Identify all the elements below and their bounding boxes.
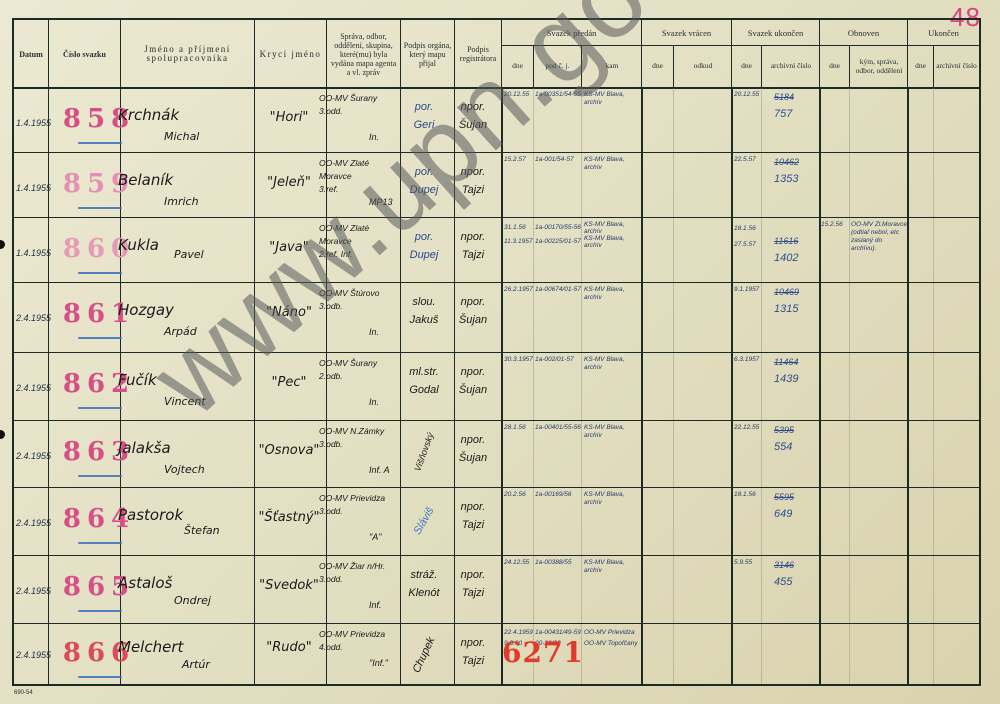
handed-to: OO-MV Prievidza OO-MV Topoľčany	[584, 627, 640, 649]
archive-number: 757	[774, 108, 792, 120]
row-date: 2.4.1955	[16, 518, 60, 528]
organ-signature: Sláviš	[403, 494, 445, 548]
archive-number-old: 10469	[774, 287, 799, 297]
handed-to: KS-MV Blava, archív KS-MV Blava, archív	[584, 221, 640, 249]
header-podpis-organa: Podpis orgána, který mapu přijal	[401, 20, 455, 88]
code-name: "Hori"	[254, 110, 324, 125]
handed-to: KS-MV Blava, archív	[584, 559, 640, 575]
unit-text: OO-MV Žiar n/Hr. 3.odd.	[319, 560, 394, 586]
unit-tag: Inf.	[369, 600, 382, 610]
handed-date: 20.2.56	[504, 491, 526, 499]
header-sub: kým, správa, odbor, oddělení	[850, 45, 908, 88]
first-name: Imrich	[164, 195, 199, 208]
archive-number: 649	[774, 508, 792, 520]
unit-tag: "Inf."	[369, 658, 388, 668]
surname: Hozgay	[118, 301, 174, 319]
table-row: 2.4.1955 863 Jalakša Vojtech "Osnova" OO…	[14, 421, 979, 487]
binder-hole	[0, 240, 5, 249]
organ-signature: por. Dupej	[398, 228, 450, 264]
handed-to: KS-MV Blava, archív	[584, 424, 640, 440]
archive-number: 1353	[774, 173, 798, 185]
organ-signature: por. Geri	[398, 98, 450, 134]
registrar-signature: npor. Šujan	[454, 363, 492, 399]
table-row: 2.4.1955 861 Hozgay Arpád "Náno" OO-MV Š…	[14, 283, 979, 352]
handed-ref: 1a-001/54-57	[535, 156, 581, 164]
handed-to: KS-MV Blava, archív	[584, 91, 640, 107]
header-sub: kam	[582, 45, 642, 88]
organ-signature: stráž. Klenót	[398, 566, 450, 602]
handed-ref: 1a-002/01-57	[535, 356, 581, 364]
first-name: Artúr	[182, 658, 210, 671]
closed-date: 18.1.56	[734, 491, 756, 499]
registrar-signature: npor. Tajzi	[454, 228, 492, 264]
surname: Fučík	[118, 371, 157, 389]
handed-to: KS-MV Blava, archív	[584, 286, 640, 302]
handed-ref: 1a-00401/55-56	[535, 424, 581, 432]
code-name: "Šťastný"	[254, 510, 324, 525]
number-underline	[78, 542, 122, 544]
archive-number-old: 10462	[774, 157, 799, 167]
form-code: 690-54	[14, 690, 33, 696]
code-name: "Java"	[254, 240, 324, 255]
header-group-ukoncen: Svazek ukončen dne archivní číslo	[732, 20, 820, 88]
number-underline	[78, 337, 122, 339]
archive-number-old: 5184	[774, 92, 794, 102]
handed-ref: 1a-00674/01-57	[535, 286, 581, 294]
first-name: Vojtech	[164, 463, 205, 476]
first-name: Štefan	[184, 524, 220, 537]
code-name: "Osnova"	[254, 443, 324, 458]
surname: Melchert	[118, 638, 183, 656]
table-row: 2.4.1955 862 Fučík Vincent "Pec" OO-MV Š…	[14, 353, 979, 420]
header-kryci-jmeno: Krycí jméno	[255, 20, 327, 88]
organ-signature: slou. Jakuš	[398, 293, 450, 329]
header-podpis-registratora: Podpis registrátora	[455, 20, 502, 88]
number-underline	[78, 610, 122, 612]
registrar-signature: npor. Tajzi	[454, 163, 492, 199]
archive-number: 1315	[774, 303, 798, 315]
number-underline	[78, 207, 122, 209]
header-group-obnoven: Obnoven dne kým, správa, odbor, oddělení	[820, 20, 908, 88]
header-group-ukoncen-final: Ukončen dne archivní číslo	[908, 20, 979, 88]
unit-text: OO-MV Zlaté Moravce 3.ref.	[319, 157, 394, 196]
surname: Pastorok	[118, 506, 183, 524]
archive-number: 1402	[774, 252, 798, 264]
table-row: 1.4.1955 859 Belaník Imrich "Jeleň" OO-M…	[14, 153, 979, 217]
row-date: 2.4.1955	[16, 650, 60, 660]
unit-tag: Inf. A	[369, 465, 390, 475]
code-name: "Svedok"	[254, 578, 324, 593]
organ-signature: Višňovský	[407, 424, 442, 479]
unit-tag: In.	[369, 132, 379, 142]
header-group-title: Svazek ukončen	[732, 20, 819, 46]
first-name: Vincent	[164, 395, 206, 408]
header-sub: archivní číslo	[934, 45, 979, 88]
handed-date: 24.12.55	[504, 559, 529, 567]
registrar-signature: npor. Šujan	[454, 293, 492, 329]
closed-date: 6.3.1957	[734, 356, 759, 364]
code-name: "Náno"	[254, 305, 324, 320]
registrar-signature: npor. Tajzi	[454, 634, 492, 670]
handed-ref: 1a-00169/56	[535, 491, 581, 499]
registry-ledger-table: Datum Číslo svazku Jméno a příjmení spol…	[12, 18, 981, 686]
code-name: "Jeleň"	[254, 175, 324, 190]
header-group-title: Ukončen	[908, 20, 979, 46]
unit-tag: In.	[369, 327, 379, 337]
table-row: 2.4.1955 864 Pastorok Štefan "Šťastný" O…	[14, 488, 979, 555]
row-date: 2.4.1955	[16, 451, 60, 461]
header-sub: archivní číslo	[762, 45, 820, 88]
unit-text: OO-MV Šurany 3.odd.	[319, 92, 394, 118]
surname: Kukla	[118, 236, 159, 254]
row-date: 1.4.1955	[16, 248, 60, 258]
row-date: 2.4.1955	[16, 313, 60, 323]
first-name: Pavel	[174, 248, 204, 261]
header-group-title: Svazek předán	[502, 20, 641, 46]
table-row: 1.4.1955 860 Kukla Pavel "Java" OO-MV Zl…	[14, 218, 979, 282]
number-underline	[78, 272, 122, 274]
closed-date: 20.12.55	[734, 91, 759, 99]
header-jmeno: Jméno a příjmení spolupracovníka	[121, 20, 255, 88]
closed-date: 9.1.1957	[734, 286, 759, 294]
archive-number-old: 11616	[774, 236, 798, 246]
header-group-vracen: Svazek vrácen dne odkud	[642, 20, 732, 88]
unit-text: OO-MV N.Zámky 3.odb.	[319, 425, 394, 451]
number-underline	[78, 142, 122, 144]
renewed-by: OO-MV Zl.Moravce (odtiaľ nebol, etc zasl…	[851, 221, 907, 253]
handed-ref: 1a-00170/55-56 1a-00225/01-57	[535, 221, 581, 249]
header-sub: dne	[642, 45, 674, 88]
handed-date: 20.12.55	[504, 91, 529, 99]
closed-date: 22.5.57	[734, 156, 756, 164]
row-date: 1.4.1955	[16, 183, 60, 193]
header-group-title: Obnoven	[820, 20, 907, 46]
surname: Belaník	[118, 171, 173, 189]
table-row: 2.4.1955 865 Astaloš Ondrej "Svedok" OO-…	[14, 556, 979, 623]
row-date: 2.4.1955	[16, 586, 60, 596]
handed-ref: 1a-00351/54-55	[535, 91, 581, 99]
header-sub: dne	[908, 45, 934, 88]
surname: Jalakša	[118, 439, 171, 457]
binder-hole	[0, 430, 5, 439]
header-group-title: Svazek vrácen	[642, 20, 731, 46]
renewed-date: 15.2.56	[821, 221, 843, 229]
organ-signature: ml.str. Godal	[398, 363, 450, 399]
table-row: 1.4.1955 858 Krchnák Michal "Hori" OO-MV…	[14, 88, 979, 152]
archive-number-old: 11464	[774, 357, 798, 367]
handed-ref: 1a-00388/55	[535, 559, 581, 567]
registrar-signature: npor. Tajzi	[454, 566, 492, 602]
archive-number: 1439	[774, 373, 798, 385]
unit-text: OO-MV Šurany 2.odb.	[319, 357, 394, 383]
header-cislo-svazku: Číslo svazku	[49, 20, 121, 88]
table-row: 2.4.1955 866 Melchert Artúr "Rudo" OO-MV…	[14, 624, 979, 684]
code-name: "Rudo"	[254, 640, 324, 655]
organ-signature: por. Dupej	[398, 163, 450, 199]
registrar-signature: npor. Šujan	[454, 98, 492, 134]
handed-date: 26.2.1957	[504, 286, 533, 294]
header-sub: dne	[820, 45, 850, 88]
row-date: 1.4.1955	[16, 118, 60, 128]
handed-to: KS-MV Blava, archív	[584, 356, 640, 372]
archive-number: 554	[774, 441, 792, 453]
handed-date: 15.2.57	[504, 156, 526, 164]
number-underline	[78, 407, 122, 409]
registrar-signature: npor. Šujan	[454, 431, 492, 467]
archive-number: 455	[774, 576, 792, 588]
code-name: "Pec"	[254, 375, 324, 390]
number-underline	[78, 676, 122, 678]
handed-to: KS-MV Blava, archív	[584, 156, 640, 172]
archive-number-old: 3146	[774, 560, 794, 570]
surname: Krchnák	[118, 106, 179, 124]
registrar-signature: npor. Tajzi	[454, 498, 492, 534]
header-datum: Datum	[14, 20, 49, 88]
first-name: Ondrej	[174, 594, 211, 607]
handed-date: 28.1.56	[504, 424, 526, 432]
unit-tag: "A"	[369, 532, 381, 542]
handed-date: 31.1.56 11.3.1957	[504, 221, 532, 249]
closed-date: 22.12.55	[734, 424, 759, 432]
header-sub: dne	[502, 45, 534, 88]
handed-date: 30.3.1957	[504, 356, 533, 364]
organ-signature: Chupek	[405, 628, 443, 683]
row-date: 2.4.1955	[16, 383, 60, 393]
archive-number-old: 5595	[774, 492, 794, 502]
unit-tag: In.	[369, 397, 379, 407]
red-stamp-number: 6271	[502, 636, 584, 669]
first-name: Arpád	[164, 325, 197, 338]
unit-text: OO-MV Prievidza 3.odd.	[319, 492, 394, 518]
closed-date: 5.9.55	[734, 559, 752, 567]
archive-number-old: 5395	[774, 425, 794, 435]
unit-text: OO-MV Prievidza 4.odd.	[319, 628, 394, 654]
closed-date: 18.1.56 27.5.57	[734, 221, 756, 253]
header-sprava: Správa, odbor, oddělení, skupina, které(…	[327, 20, 401, 88]
first-name: Michal	[164, 130, 199, 143]
header-sub: pod č. j.	[534, 45, 582, 88]
unit-tag: MP13	[369, 197, 393, 207]
unit-text: OO-MV Zlaté Moravce 2.ref. Inf.	[319, 222, 394, 261]
header-sub: dne	[732, 45, 762, 88]
header-group-predan: Svazek předán dne pod č. j. kam	[502, 20, 642, 88]
number-underline	[78, 475, 122, 477]
surname: Astaloš	[118, 574, 172, 592]
handed-to: KS-MV Blava, archív	[584, 491, 640, 507]
header-sub: odkud	[674, 45, 732, 88]
unit-text: OO-MV Štúrovo 3.odb.	[319, 287, 394, 313]
